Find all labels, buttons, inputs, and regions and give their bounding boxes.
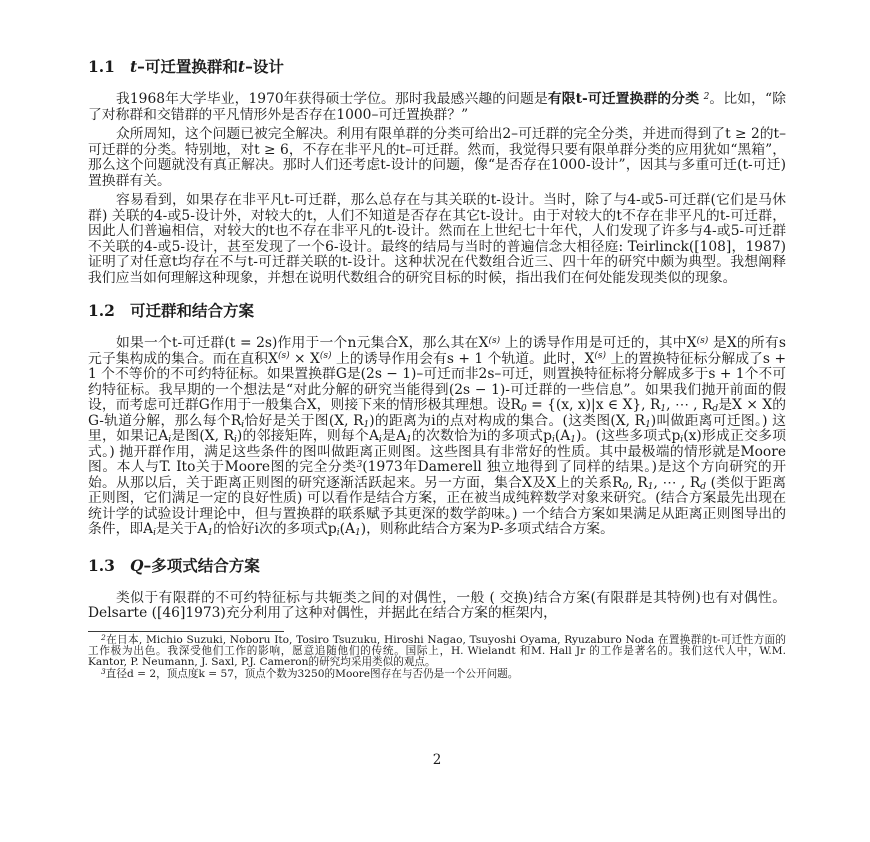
section-title: t–可迁置换群和t–设计 (130, 58, 284, 76)
footnotes: 2在日本, Michio Suzuki, Noboru Ito, Tosiro … (88, 635, 786, 681)
section-heading-1-1: 1.1 t–可迁置换群和t–设计 (88, 58, 786, 76)
section-number: 1.3 (88, 557, 115, 575)
section-title: 可迁群和结合方案 (130, 302, 254, 320)
paragraph-4: 如果一个t-可迁群(t = 2s)作用于一个n元集合X，那么其在X(s) 上的诱… (88, 336, 786, 538)
paragraph-2: 众所周知，这个问题已被完全解决。利用有限单群的分类可给出2–可迁群的完全分类，并… (88, 127, 786, 189)
paragraph-1: 我1968年大学毕业，1970年获得硕士学位。那时我最感兴趣的问题是有限t-可迁… (88, 92, 786, 123)
section-heading-1-2: 1.2 可迁群和结合方案 (88, 302, 786, 320)
paragraph-5: 类似于有限群的不可约特征标与共轭类之间的对偶性，一般 ( 交换)结合方案(有限群… (88, 591, 786, 622)
page-number: 2 (88, 752, 786, 768)
section-number: 1.2 (88, 302, 115, 320)
section-title: Q–多项式结合方案 (130, 557, 260, 575)
footnote-divider (88, 631, 284, 632)
paragraph-3: 容易看到，如果存在非平凡t-可迁群，那么总存在与其关联的t-设计。当时，除了与4… (88, 193, 786, 286)
page-content: 1.1 t–可迁置换群和t–设计 我1968年大学毕业，1970年获得硕士学位。… (88, 58, 786, 680)
section-heading-1-3: 1.3 Q–多项式结合方案 (88, 557, 786, 575)
paper-page: 1.1 t–可迁置换群和t–设计 我1968年大学毕业，1970年获得硕士学位。… (0, 0, 870, 842)
section-number: 1.1 (88, 58, 115, 76)
footnote-3: 3直径d = 2，顶点度k = 57，顶点个数为3250的Moore图存在与否仍… (88, 669, 786, 680)
footnote-2: 2在日本, Michio Suzuki, Noboru Ito, Tosiro … (88, 635, 786, 669)
